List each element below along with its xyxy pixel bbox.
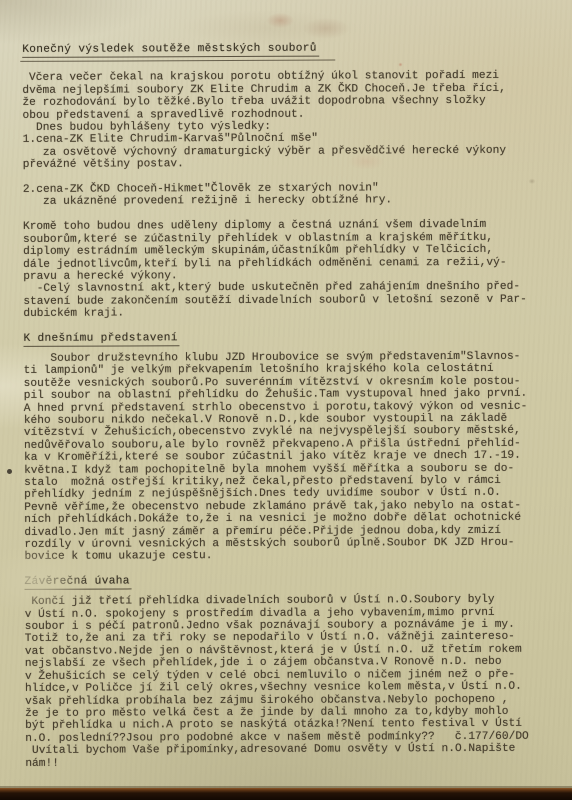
body-todays-performance: Soubor družstevního klubu JZD Hroubovice… [24, 350, 567, 563]
section-closing-remarks: Závěrečná úvaha Končí již třetí přehlídk… [24, 570, 567, 769]
paper-sheet: Konečný výsledek soutěže městských soubo… [0, 0, 572, 788]
heading-final-results: Konečný výsledek soutěže městských soubo… [22, 43, 319, 59]
body-closing-remarks: Končí již třetí přehlídka divadelních so… [25, 594, 568, 770]
section-todays-performance: K dnešnímu představení Soubor družstevní… [23, 327, 566, 564]
typewritten-content: Konečný výsledek soutěže městských soubo… [0, 0, 572, 770]
table-edge-background [0, 788, 572, 800]
section-final-results: Konečný výsledek soutěže městských soubo… [22, 42, 565, 321]
scanned-document-photo: Konečný výsledek soutěže městských soubo… [0, 0, 572, 800]
heading-closing-remarks: Závěrečná úvaha [25, 575, 132, 590]
heading-todays-performance: K dnešnímu představení [23, 332, 179, 347]
ink-dot-mark [7, 469, 12, 474]
body-final-results: Včera večer čekal na krajskou porotu obt… [22, 70, 565, 320]
